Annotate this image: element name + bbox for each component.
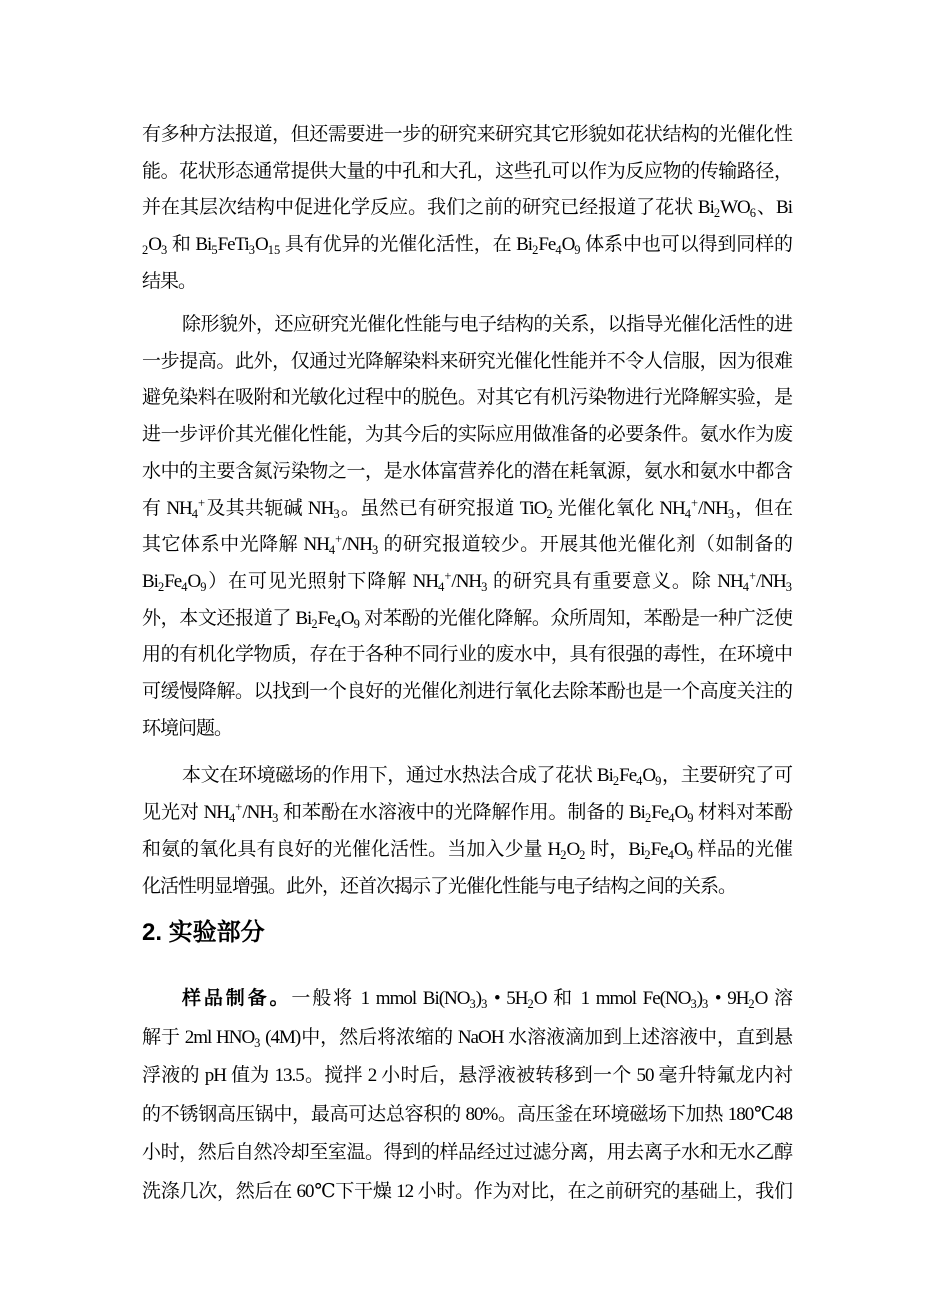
text-line: 其它体系中光降解 NH4+/NH3 的研究报道较少。开展其他光催化剂（如制备的 xyxy=(142,527,792,564)
subscript: 3 xyxy=(786,580,792,594)
text-line: 外，本文还报道了 Bi2Fe4O9 对苯酚的光催化降解。众所周知，苯酚是一种广泛… xyxy=(142,601,792,638)
supscript: + xyxy=(444,569,451,583)
text-line: 结果。 xyxy=(142,264,792,301)
subscript: 9 xyxy=(687,811,693,825)
text-line: 本文在环境磁场的作用下，通过水热法合成了花状 Bi2Fe4O9，主要研究了可 xyxy=(142,758,792,795)
subscript: 3 xyxy=(161,243,167,257)
subscript: 9 xyxy=(354,617,360,631)
supscript: + xyxy=(335,532,342,546)
text-line: 一步提高。此外，仅通过光降解染料来研究光催化性能并不令人信服，因为很难 xyxy=(142,344,792,381)
text-line: 除形貌外，还应研究光催化性能与电子结构的关系，以指导光催化活性的进 xyxy=(142,307,792,344)
text-line: 有 NH4+及其共轭碱 NH3。虽然已有研究报道 TiO2 光催化氧化 NH4+… xyxy=(142,491,792,528)
subscript: 4 xyxy=(668,811,674,825)
subscript: 4 xyxy=(181,580,187,594)
subscript: 9 xyxy=(655,774,661,788)
text-line: 浮液的 pH 值为 13.5。搅拌 2 小时后，悬浮液被转移到一个 50 毫升特… xyxy=(142,1057,792,1096)
text-line: 和氨的氧化具有良好的光催化活性。当加入少量 H2O2 时，Bi2Fe4O9 样品… xyxy=(142,832,792,869)
supscript: + xyxy=(749,569,756,583)
subscript: 3 xyxy=(372,543,378,557)
subscript: 2 xyxy=(527,997,533,1011)
text-line: Bi2Fe4O9）在可见光照射下降解 NH4+/NH3 的研究具有重要意义。除 … xyxy=(142,564,792,601)
document-body: 有多种方法报道，但还需要进一步的研究来研究其它形貌如花状结构的光催化性能。花状形… xyxy=(0,0,925,1211)
subscript: 15 xyxy=(268,243,281,257)
text-line: 样品制备。一般将 1 mmol Bi(NO3)3 • 5H2O 和 1 mmol… xyxy=(142,980,792,1019)
text-line: 能。花状形态通常提供大量的中孔和大孔，这些孔可以作为反应物的传输路径， xyxy=(142,154,792,191)
supscript: + xyxy=(235,800,242,814)
subscript: 4 xyxy=(335,617,341,631)
subscript: 4 xyxy=(555,243,561,257)
text-line: 进一步评价其光催化性能，为其今后的实际应用做准备的必要条件。氨水作为废 xyxy=(142,417,792,454)
supscript: + xyxy=(198,496,205,510)
subscript: 2 xyxy=(158,580,164,594)
subscript: 2 xyxy=(644,848,650,862)
subscript: 6 xyxy=(750,206,756,220)
text-line: 小时，然后自然冷却至室温。得到的样品经过过滤分离，用去离子水和无水乙醇 xyxy=(142,1134,792,1173)
bold-run: 样品制备。 xyxy=(182,988,291,1009)
text-line: 化活性明显增强。此外，还首次揭示了光催化性能与电子结构之间的关系。 xyxy=(142,869,792,906)
subscript: 2 xyxy=(311,617,317,631)
subscript: 2 xyxy=(579,848,585,862)
text-line: 环境问题。 xyxy=(142,711,792,748)
subscript: 4 xyxy=(636,774,642,788)
subscript: 2 xyxy=(142,243,148,257)
subscript: 2 xyxy=(532,243,538,257)
paragraph: 样品制备。一般将 1 mmol Bi(NO3)3 • 5H2O 和 1 mmol… xyxy=(142,980,792,1211)
text-line: 避免染料在吸附和光敏化过程中的脱色。对其它有机污染物进行光降解实验，是 xyxy=(142,380,792,417)
text-line: 水中的主要含氮污染物之一，是水体富营养化的潜在耗氧源，氨水和氨水中都含 xyxy=(142,454,792,491)
text-line: 解于 2ml HNO3 (4M)中，然后将浓缩的 NaOH 水溶液滴加到上述溶液… xyxy=(142,1019,792,1058)
subscript: 2 xyxy=(645,811,651,825)
text-line: 2O3 和 Bi5FeTi3O15 具有优异的光催化活性，在 Bi2Fe4O9 … xyxy=(142,227,792,264)
subscript: 3 xyxy=(249,243,255,257)
paragraph: 除形貌外，还应研究光催化性能与电子结构的关系，以指导光催化活性的进一步提高。此外… xyxy=(142,307,792,747)
subscript: 3 xyxy=(702,997,708,1011)
paragraph: 有多种方法报道，但还需要进一步的研究来研究其它形貌如花状结构的光催化性能。花状形… xyxy=(142,117,792,301)
subscript: 2 xyxy=(547,507,553,521)
text-line: 并在其层次结构中促进化学反应。我们之前的研究已经报道了花状 Bi2WO6、Bi xyxy=(142,190,792,227)
subscript: 4 xyxy=(668,848,674,862)
section-heading: 2. 实验部分 xyxy=(142,915,792,951)
subscript: 2 xyxy=(748,997,754,1011)
subscript: 2 xyxy=(560,848,566,862)
subscript: 3 xyxy=(333,507,339,521)
text-line: 的不锈钢高压锅中，最高可达总容积的 80%。高压釜在环境磁场下加热 180℃48 xyxy=(142,1096,792,1135)
subscript: 2 xyxy=(613,774,619,788)
subscript: 3 xyxy=(254,1036,260,1050)
subscript: 3 xyxy=(272,811,278,825)
paragraph: 本文在环境磁场的作用下，通过水热法合成了花状 Bi2Fe4O9，主要研究了可见光… xyxy=(142,758,792,905)
subscript: 3 xyxy=(690,997,696,1011)
text-line: 见光对 NH4+/NH3 和苯酚在水溶液中的光降解作用。制备的 Bi2Fe4O9… xyxy=(142,795,792,832)
subscript: 9 xyxy=(574,243,580,257)
subscript: 9 xyxy=(200,580,206,594)
document-page: 有多种方法报道，但还需要进一步的研究来研究其它形貌如花状结构的光催化性能。花状形… xyxy=(0,0,925,1309)
subscript: 3 xyxy=(470,997,476,1011)
subscript: 3 xyxy=(481,580,487,594)
text-line: 可缓慢降解。以找到一个良好的光催化剂进行氧化去除苯酚也是一个高度关注的 xyxy=(142,674,792,711)
subscript: 5 xyxy=(211,243,217,257)
subscript: 2 xyxy=(714,206,720,220)
supscript: + xyxy=(691,496,698,510)
subscript: 3 xyxy=(481,997,487,1011)
text-line: 有多种方法报道，但还需要进一步的研究来研究其它形貌如花状结构的光催化性 xyxy=(142,117,792,154)
text-line: 用的有机化学物质，存在于各种不同行业的废水中，具有很强的毒性，在环境中 xyxy=(142,637,792,674)
subscript: 3 xyxy=(728,507,734,521)
subscript: 9 xyxy=(687,848,693,862)
text-line: 洗涤几次，然后在 60℃下干燥 12 小时。作为对比，在之前研究的基础上，我们 xyxy=(142,1173,792,1212)
